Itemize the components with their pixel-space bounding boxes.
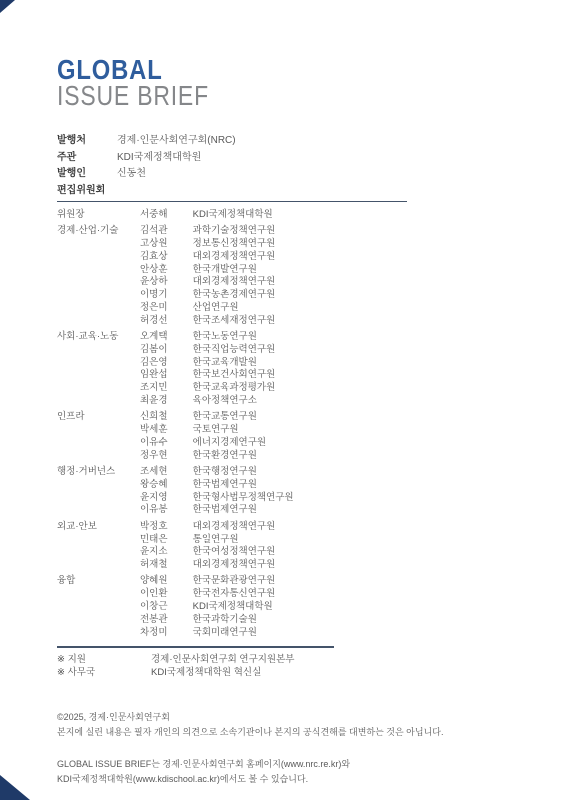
- member-org: 한국법제연구원: [193, 479, 257, 490]
- colophon-page: GLOBAL ISSUE BRIEF 발행처 경제·인문사회연구회(NRC) 주…: [0, 0, 585, 800]
- member-org: 한국노동연구원: [193, 331, 257, 342]
- member-org: 통일연구원: [193, 534, 239, 545]
- member-org: 한국행정연구원: [193, 466, 257, 477]
- member-name: 민태은: [140, 534, 190, 547]
- support-row: ※ 지원 경제·인문사회연구회 연구지원본부: [57, 653, 528, 667]
- committee-member-row: 허재철 대외경제정책연구원: [140, 559, 528, 572]
- member-org: 한국형사법무정책연구원: [193, 492, 294, 503]
- committee-group-rows: 박정호 대외경제정책연구원 민태은 통일연구원 윤지소 한국여성정책연구원 허재…: [140, 521, 528, 572]
- info-value: 신동천: [117, 166, 146, 183]
- member-name: 이인환: [140, 588, 190, 601]
- info-label: 발행처: [57, 133, 95, 150]
- member-name: 박정호: [140, 521, 190, 534]
- committee-member-row: 이창근 KDI국제정책대학원: [140, 601, 528, 614]
- committee-divider-top: [57, 201, 407, 202]
- info-label: 주관: [57, 150, 95, 167]
- committee-member-row: 이인환 한국전자통신연구원: [140, 588, 528, 601]
- member-org: 대외경제정책연구원: [193, 559, 276, 570]
- member-org: 한국직업능력연구원: [193, 344, 276, 355]
- committee-member-row: 윤지소 한국여성정책연구원: [140, 546, 528, 559]
- member-name: 서중해: [140, 209, 190, 222]
- member-name: 김석관: [140, 225, 190, 238]
- committee-group: 외교·안보 박정호 대외경제정책연구원 민태은 통일연구원 윤지소 한국여성정책…: [57, 521, 528, 572]
- member-org: 과학기술정책연구원: [193, 225, 276, 236]
- member-name: 조세현: [140, 466, 190, 479]
- committee-group-rows: 신희철 한국교통연구원 박세훈 국토연구원 이유수 에너지경제연구원 정우현 한…: [140, 411, 528, 462]
- committee-group: 융합 양혜원 한국문화관광연구원 이인환 한국전자통신연구원 이창근 KDI국제…: [57, 575, 528, 639]
- member-org: 국회미래연구원: [193, 627, 257, 638]
- member-org: 대외경제정책연구원: [193, 251, 276, 262]
- availability-line-2: KDI국제정책대학원(www.kdischool.ac.kr)에서도 볼 수 있…: [57, 772, 528, 787]
- committee-member-row: 김봄이 한국직업능력연구원: [140, 344, 528, 357]
- member-name: 윤지영: [140, 492, 190, 505]
- member-name: 신희철: [140, 411, 190, 424]
- disclaimer-line: 본지에 실린 내용은 필자 개인의 의견으로 소속기관이나 본지의 공식견해를 …: [57, 725, 528, 740]
- member-name: 정우현: [140, 450, 190, 463]
- committee-heading: 편집위원회: [57, 185, 528, 197]
- committee-group-rows: 서중해 KDI국제정책대학원: [140, 209, 528, 222]
- committee-category: 인프라: [57, 411, 85, 424]
- info-row: 발행인 신동천: [57, 166, 528, 183]
- committee-member-row: 전봉관 한국과학기술원: [140, 614, 528, 627]
- member-name: 최윤경: [140, 395, 190, 408]
- committee-member-row: 안상훈 한국개발연구원: [140, 264, 528, 277]
- member-name: 허경선: [140, 315, 190, 328]
- copyright-line: ©2025, 경제·인문사회연구회: [57, 710, 528, 725]
- member-name: 오계택: [140, 331, 190, 344]
- support-value: KDI국제정책대학원 혁신실: [151, 666, 261, 680]
- support-label: ※ 사무국: [57, 666, 151, 680]
- member-name: 임완섭: [140, 369, 190, 382]
- publication-title-line2: ISSUE BRIEF: [57, 83, 443, 109]
- member-name: 왕승혜: [140, 479, 190, 492]
- member-name: 정은미: [140, 302, 190, 315]
- member-org: 한국개발연구원: [193, 264, 257, 275]
- member-name: 고상원: [140, 238, 190, 251]
- committee-category: 사회·교육·노동: [57, 331, 118, 344]
- member-org: 한국전자통신연구원: [193, 588, 276, 599]
- member-name: 김봄이: [140, 344, 190, 357]
- member-name: 차정미: [140, 627, 190, 640]
- member-org: 육아정책연구소: [193, 395, 257, 406]
- committee-group-rows: 양혜원 한국문화관광연구원 이인환 한국전자통신연구원 이창근 KDI국제정책대…: [140, 575, 528, 639]
- availability-line-1: GLOBAL ISSUE BRIEF는 경제·인문사회연구회 홈페이지(www.…: [57, 757, 528, 772]
- committee-group: 사회·교육·노동 오계택 한국노동연구원 김봄이 한국직업능력연구원 김은영 한…: [57, 331, 528, 408]
- member-org: 한국조세재정연구원: [193, 315, 276, 326]
- committee-category: 외교·안보: [57, 521, 97, 534]
- member-org: 한국문화관광연구원: [193, 575, 276, 586]
- member-org: 한국보건사회연구원: [193, 369, 276, 380]
- committee-group: 위원장 서중해 KDI국제정책대학원: [57, 209, 528, 222]
- committee-group: 인프라 신희철 한국교통연구원 박세훈 국토연구원 이유수 에너지경제연구원 정…: [57, 411, 528, 462]
- member-org: 한국교육개발원: [193, 357, 257, 368]
- committee-member-row: 김효상 대외경제정책연구원: [140, 251, 528, 264]
- committee-member-row: 정은미 산업연구원: [140, 302, 528, 315]
- committee-category: 경제·산업·기술: [57, 225, 118, 238]
- publication-title-line1: GLOBAL: [57, 56, 457, 83]
- member-org: KDI국제정책대학원: [193, 209, 273, 220]
- info-label: 발행인: [57, 166, 95, 183]
- info-row: 주관 KDI국제정책대학원: [57, 150, 528, 167]
- member-org: 한국교육과정평가원: [193, 382, 276, 393]
- committee-member-row: 임완섭 한국보건사회연구원: [140, 369, 528, 382]
- committee-group: 행정·거버넌스 조세현 한국행정연구원 왕승혜 한국법제연구원 윤지영 한국형사…: [57, 466, 528, 517]
- member-org: 한국과학기술원: [193, 614, 257, 625]
- member-name: 이유수: [140, 437, 190, 450]
- committee-member-row: 민태은 통일연구원: [140, 534, 528, 547]
- support-value: 경제·인문사회연구회 연구지원본부: [151, 653, 294, 667]
- committee-member-row: 조세현 한국행정연구원: [140, 466, 528, 479]
- committee-category: 행정·거버넌스: [57, 466, 115, 479]
- masthead: GLOBAL ISSUE BRIEF: [57, 0, 528, 109]
- committee-member-row: 신희철 한국교통연구원: [140, 411, 528, 424]
- member-org: 한국여성정책연구원: [193, 546, 276, 557]
- member-name: 조지민: [140, 382, 190, 395]
- member-org: 한국교통연구원: [193, 411, 257, 422]
- committee-member-row: 조지민 한국교육과정평가원: [140, 382, 528, 395]
- member-org: 정보통신정책연구원: [193, 238, 276, 249]
- member-name: 이창근: [140, 601, 190, 614]
- committee-member-row: 박정호 대외경제정책연구원: [140, 521, 528, 534]
- committee-member-row: 윤지영 한국형사법무정책연구원: [140, 492, 528, 505]
- support-section: ※ 지원 경제·인문사회연구회 연구지원본부 ※ 사무국 KDI국제정책대학원 …: [57, 653, 528, 680]
- support-label: ※ 지원: [57, 653, 151, 667]
- corner-triangle-bottom-left: [0, 775, 30, 800]
- committee-member-row: 왕승혜 한국법제연구원: [140, 479, 528, 492]
- member-org: 한국법제연구원: [193, 504, 257, 515]
- committee-member-row: 서중해 KDI국제정책대학원: [140, 209, 528, 222]
- committee-member-row: 오계택 한국노동연구원: [140, 331, 528, 344]
- committee-category: 융합: [57, 575, 75, 588]
- committee-group: 경제·산업·기술 김석관 과학기술정책연구원 고상원 정보통신정책연구원 김효상…: [57, 225, 528, 327]
- member-name: 김은영: [140, 357, 190, 370]
- committee-member-row: 양혜원 한국문화관광연구원: [140, 575, 528, 588]
- committee-member-row: 윤상하 대외경제정책연구원: [140, 276, 528, 289]
- committee-member-row: 차정미 국회미래연구원: [140, 627, 528, 640]
- info-row: 발행처 경제·인문사회연구회(NRC): [57, 133, 528, 150]
- committee-member-row: 고상원 정보통신정책연구원: [140, 238, 528, 251]
- member-org: 한국농촌경제연구원: [193, 289, 276, 300]
- committee-group-rows: 오계택 한국노동연구원 김봄이 한국직업능력연구원 김은영 한국교육개발원 임완…: [140, 331, 528, 408]
- member-org: 산업연구원: [193, 302, 239, 313]
- committee-group-rows: 조세현 한국행정연구원 왕승혜 한국법제연구원 윤지영 한국형사법무정책연구원 …: [140, 466, 528, 517]
- committee-member-row: 이명기 한국농촌경제연구원: [140, 289, 528, 302]
- info-value: KDI국제정책대학원: [117, 150, 201, 167]
- member-name: 전봉관: [140, 614, 190, 627]
- member-name: 양혜원: [140, 575, 190, 588]
- member-name: 윤상하: [140, 276, 190, 289]
- member-name: 박세훈: [140, 424, 190, 437]
- committee-member-row: 최윤경 육아정책연구소: [140, 395, 528, 408]
- committee-member-row: 이유수 에너지경제연구원: [140, 437, 528, 450]
- member-name: 허재철: [140, 559, 190, 572]
- member-name: 안상훈: [140, 264, 190, 277]
- member-name: 윤지소: [140, 546, 190, 559]
- committee-divider-bottom: [57, 646, 334, 647]
- committee-category: 위원장: [57, 209, 85, 222]
- member-org: 국토연구원: [193, 424, 239, 435]
- info-value: 경제·인문사회연구회(NRC): [117, 133, 236, 150]
- committee-member-row: 박세훈 국토연구원: [140, 424, 528, 437]
- member-org: 한국환경연구원: [193, 450, 257, 461]
- support-row: ※ 사무국 KDI국제정책대학원 혁신실: [57, 666, 528, 680]
- corner-triangle-top-left: [0, 0, 15, 13]
- member-name: 김효상: [140, 251, 190, 264]
- publication-info: 발행처 경제·인문사회연구회(NRC) 주관 KDI국제정책대학원 발행인 신동…: [57, 133, 528, 183]
- committee-member-row: 이유봉 한국법제연구원: [140, 504, 528, 517]
- availability-block: GLOBAL ISSUE BRIEF는 경제·인문사회연구회 홈페이지(www.…: [57, 757, 528, 787]
- member-org: 대외경제정책연구원: [193, 276, 276, 287]
- committee-member-row: 허경선 한국조세재정연구원: [140, 315, 528, 328]
- committee-member-row: 정우현 한국환경연구원: [140, 450, 528, 463]
- committee-group-rows: 김석관 과학기술정책연구원 고상원 정보통신정책연구원 김효상 대외경제정책연구…: [140, 225, 528, 327]
- member-name: 이유봉: [140, 504, 190, 517]
- page-footer: ©2025, 경제·인문사회연구회 본지에 실린 내용은 필자 개인의 의견으로…: [57, 710, 528, 787]
- committee-list: 위원장 서중해 KDI국제정책대학원 경제·산업·기술 김석관 과학기술정책연구…: [57, 209, 528, 640]
- member-org: KDI국제정책대학원: [193, 601, 273, 612]
- committee-member-row: 김은영 한국교육개발원: [140, 357, 528, 370]
- member-org: 에너지경제연구원: [193, 437, 266, 448]
- member-org: 대외경제정책연구원: [193, 521, 276, 532]
- committee-member-row: 김석관 과학기술정책연구원: [140, 225, 528, 238]
- member-name: 이명기: [140, 289, 190, 302]
